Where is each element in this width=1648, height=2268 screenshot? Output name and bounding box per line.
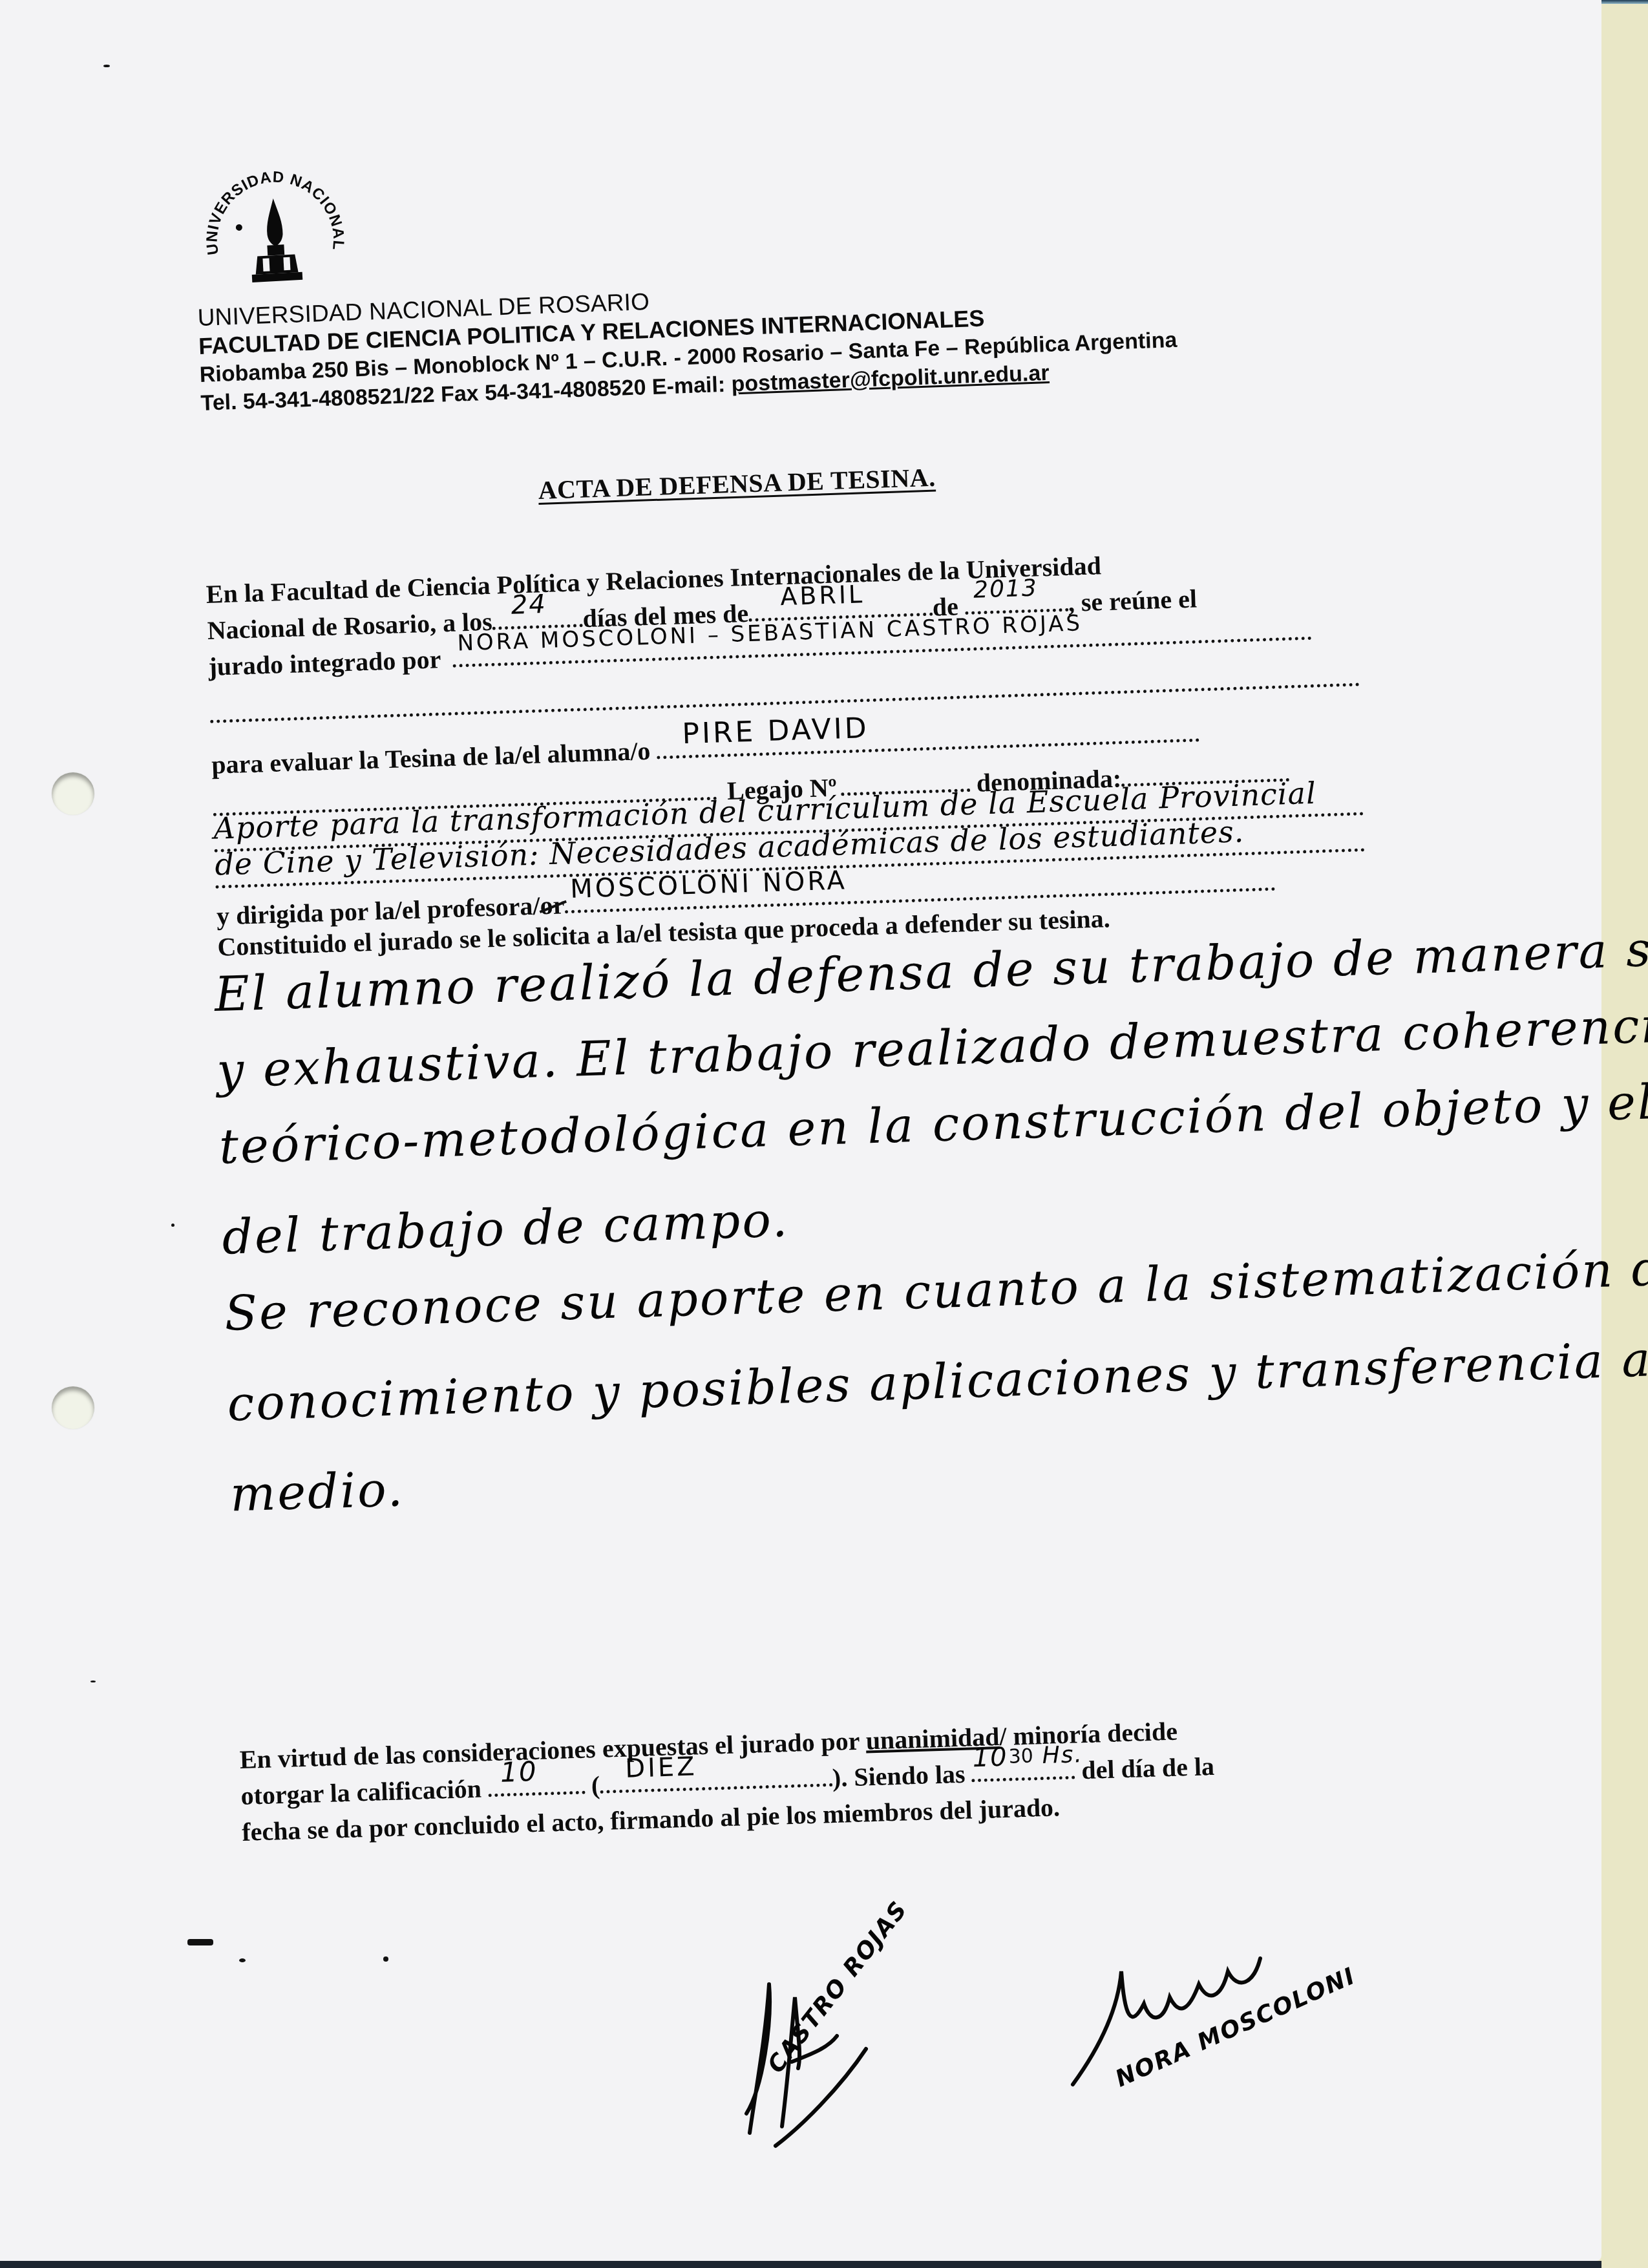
ink-speck [383, 1956, 388, 1962]
time-minutes-value: 30 [1008, 1738, 1034, 1775]
ink-speck [90, 1680, 96, 1682]
ink-speck [187, 1939, 213, 1945]
time-field[interactable]: 1030Hs. [971, 1755, 1075, 1783]
signature-castro-rojas: CASTRO ROJAS [737, 1958, 982, 2152]
grade-words-field[interactable]: DIEZ [599, 1763, 832, 1794]
grade-number-field[interactable]: 10 [487, 1770, 585, 1797]
signature-nora-moscoloni: NORA MOSCOLONI [1060, 1945, 1383, 2101]
punch-hole-top [52, 772, 94, 815]
scan-top-edge [1601, 0, 1648, 4]
form-text: otorgar la calificación [240, 1774, 489, 1810]
grade-words-value: DIEZ [625, 1748, 698, 1786]
handwritten-evaluation: El alumno realizó la defensa de su traba… [213, 913, 1620, 1532]
day-value: 24 [511, 586, 547, 624]
scan-bottom-edge [0, 2261, 1601, 2268]
time-hour-value: 10 [972, 1739, 1009, 1777]
student-value: PIRE DAVID [682, 710, 870, 752]
ink-speck [103, 65, 110, 67]
university-seal-logo: UNIVERSIDAD NACIONAL DE ROSARIO [191, 154, 359, 302]
form-text: Nacional de Rosario, a los [207, 607, 492, 645]
form-text: , se reúne el [1068, 584, 1198, 617]
year-value: 2013 [973, 570, 1038, 608]
ink-speck [239, 1958, 246, 1962]
form-text: del día de la [1075, 1752, 1215, 1785]
student-field[interactable]: PIRE DAVID [657, 717, 1200, 759]
form-text: ). Siendo las [832, 1759, 972, 1792]
grade-number-value: 10 [500, 1754, 538, 1791]
ink-speck [171, 1224, 174, 1227]
punch-hole-bottom [52, 1386, 94, 1429]
time-suffix: Hs. [1042, 1737, 1084, 1774]
form-text: para evaluar la Tesina de la/el alumna/o [211, 736, 651, 779]
month-value: ABRIL [779, 576, 865, 615]
form-text: jurado integrado por [208, 644, 441, 681]
form-text: ( [584, 1770, 600, 1800]
form-body: En la Facultad de Ciencia Política y Rel… [206, 539, 1380, 966]
jury-field[interactable]: NORA MOSCOLONI – SEBASTIAN CASTRO ROJAS [452, 616, 1313, 668]
struck-text: or [540, 890, 565, 920]
